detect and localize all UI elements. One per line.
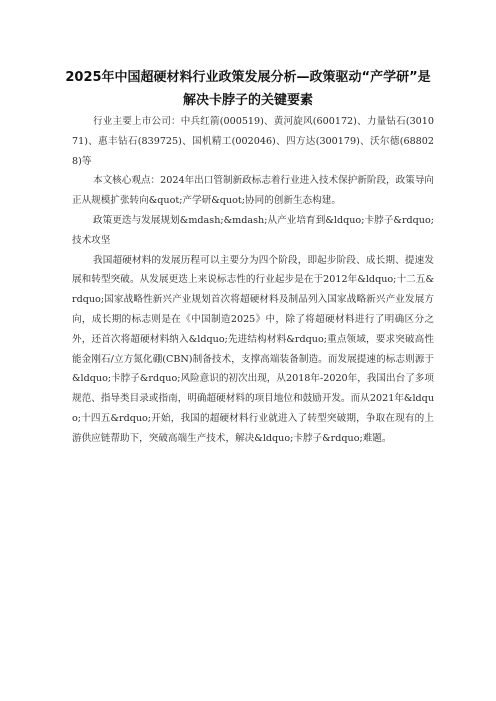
document-title: 2025年中国超硬材料行业政策发展分析—政策驱动“产学研”是解决卡脖子的关键要素 xyxy=(60,66,436,112)
paragraph-section-heading: 政策更迭与发展规划&mdash;&mdash;从产业培育到&ldquo;卡脖子&… xyxy=(72,211,434,251)
paragraph-development-history: 我国超硬材料的发展历程可以主要分为四个阶段，即起步阶段、成长期、提速发展和转型突… xyxy=(72,251,434,449)
document-body: 行业主要上市公司：中兵红箭(000519)、黄河旋风(600172)、力量钻石(… xyxy=(72,112,434,449)
paragraph-core-viewpoint: 本文核心观点：2024年出口管制新政标志着行业进入技术保护新阶段，政策导向正从规… xyxy=(72,171,434,211)
paragraph-listed-companies: 行业主要上市公司：中兵红箭(000519)、黄河旋风(600172)、力量钻石(… xyxy=(72,112,434,171)
document-page: 2025年中国超硬材料行业政策发展分析—政策驱动“产学研”是解决卡脖子的关键要素… xyxy=(0,0,496,701)
